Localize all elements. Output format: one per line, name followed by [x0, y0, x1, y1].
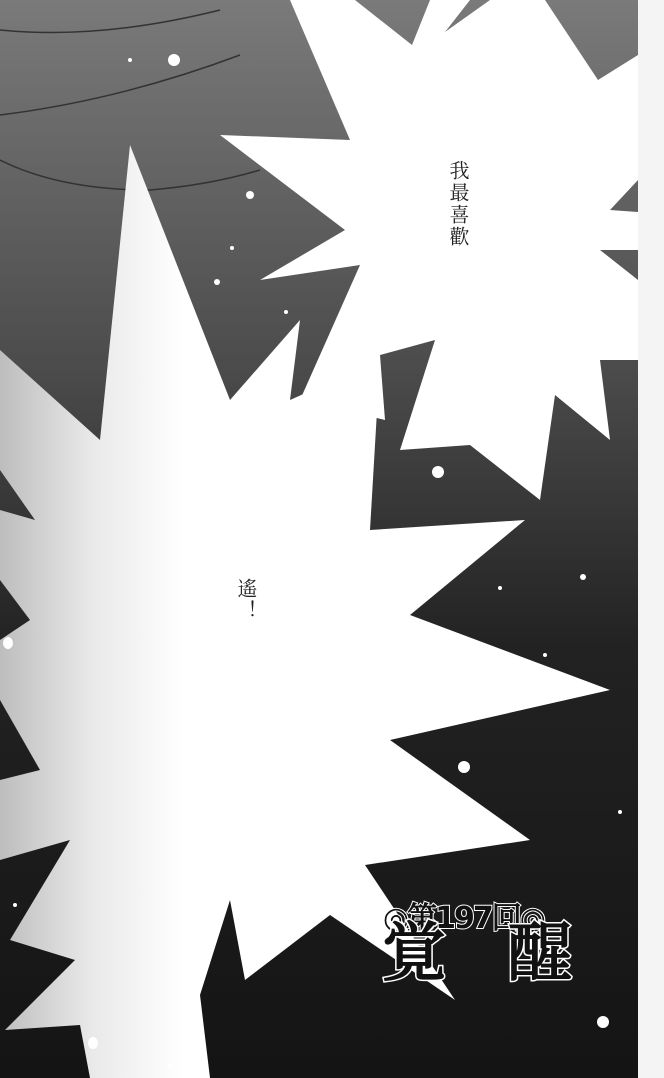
speech-text-upper: 我最喜歡 [448, 160, 468, 248]
chapter-title: 覚醒 [382, 922, 634, 986]
speech-text-main: 遙！ [236, 578, 256, 622]
manga-page: 我最喜歡 遙！ ◎第197回◎ 覚醒 [0, 0, 664, 1078]
